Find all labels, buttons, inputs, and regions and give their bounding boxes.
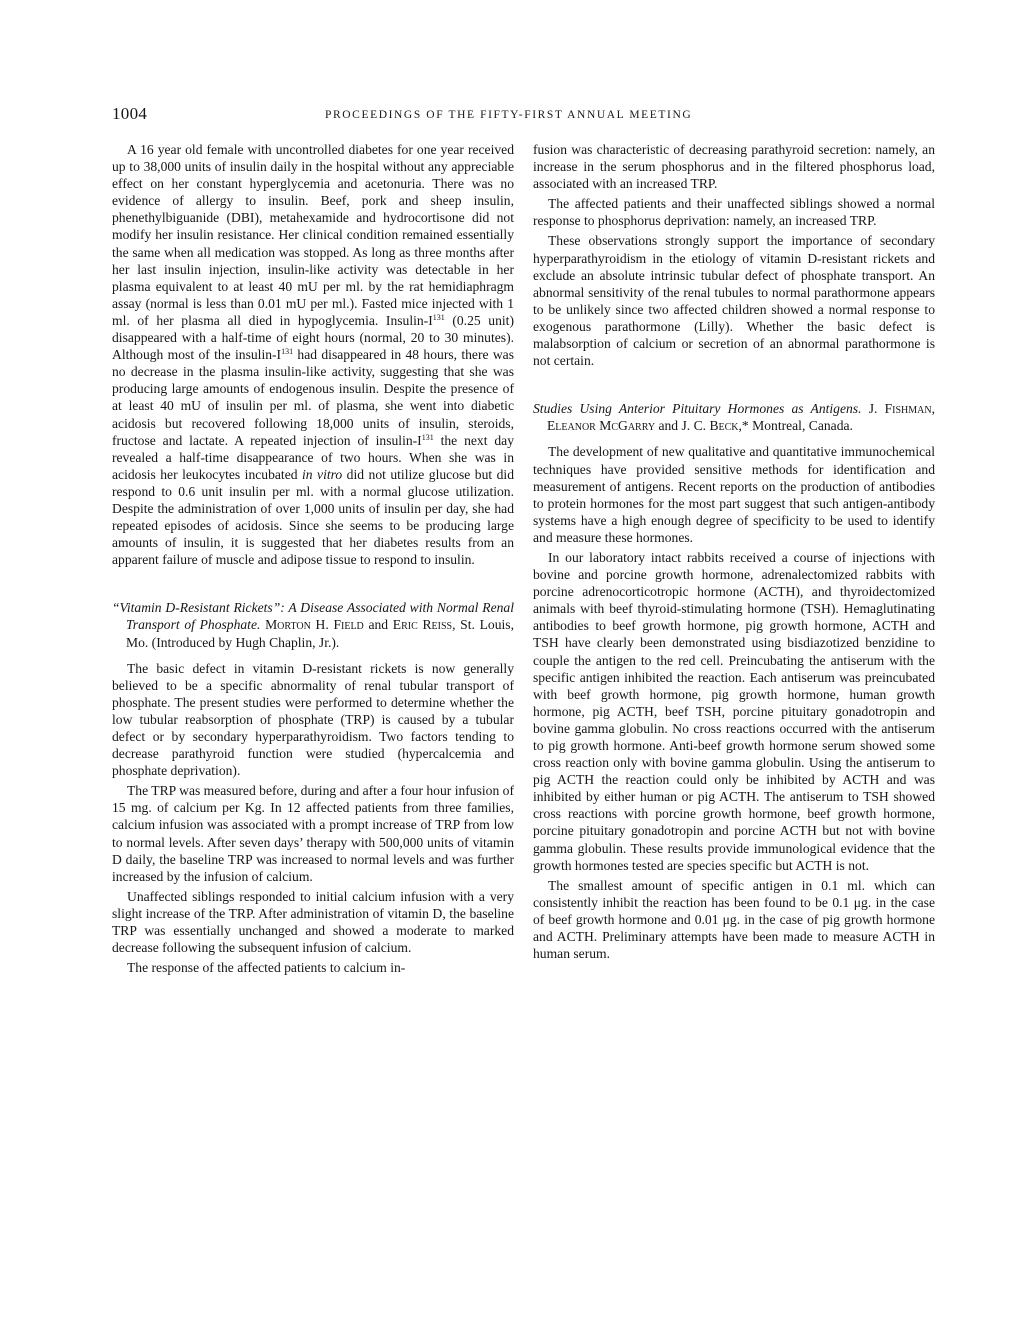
body-paragraph: These observations strongly support the … — [533, 232, 935, 369]
body-paragraph: The smallest amount of specific antigen … — [533, 877, 935, 962]
page-number: 1004 — [112, 104, 147, 124]
text-run: A 16 year old female with uncontrolled d… — [112, 142, 514, 328]
body-paragraph-continued: fusion was characteristic of decreasing … — [533, 141, 935, 192]
running-head: PROCEEDINGS OF THE FIFTY-FIRST ANNUAL ME… — [325, 109, 692, 121]
body-paragraph: The TRP was measured before, during and … — [112, 782, 514, 885]
right-column: fusion was characteristic of decreasing … — [533, 141, 935, 965]
isotope-superscript: 131 — [281, 347, 293, 356]
abstract-title-rickets: “Vitamin D-Resistant Rickets”: A Disease… — [112, 599, 514, 650]
author-separator: and — [364, 617, 393, 632]
author-separator: , — [932, 401, 935, 416]
author-name: Morton H. Field — [265, 617, 364, 632]
body-paragraph: The response of the affected patients to… — [112, 959, 514, 976]
author-location: Montreal, Canada. — [749, 418, 853, 433]
italic-term: in vitro — [302, 467, 342, 482]
abstract-title: Studies Using Anterior Pituitary Hormone… — [533, 401, 862, 416]
abstract-title-pituitary: Studies Using Anterior Pituitary Hormone… — [533, 400, 935, 434]
abstract-insulin-resistance-paragraph: A 16 year old female with uncontrolled d… — [112, 141, 514, 568]
body-paragraph: The affected patients and their unaffect… — [533, 195, 935, 229]
left-column: A 16 year old female with uncontrolled d… — [112, 141, 514, 979]
author-name: Eric Reiss — [393, 617, 452, 632]
body-paragraph: The development of new qualitative and q… — [533, 443, 935, 546]
author-name: J. Fishman — [869, 401, 932, 416]
author-separator: and — [655, 418, 681, 433]
footnote-marker: ,* — [739, 418, 749, 433]
author-name: J. C. Beck — [682, 418, 739, 433]
author-name: Eleanor McGarry — [547, 418, 655, 433]
body-paragraph: The basic defect in vitamin D-resistant … — [112, 660, 514, 780]
body-paragraph: Unaffected siblings responded to initial… — [112, 888, 514, 956]
isotope-superscript: 131 — [433, 313, 445, 322]
body-paragraph: In our laboratory intact rabbits receive… — [533, 549, 935, 874]
isotope-superscript: 131 — [422, 433, 434, 442]
